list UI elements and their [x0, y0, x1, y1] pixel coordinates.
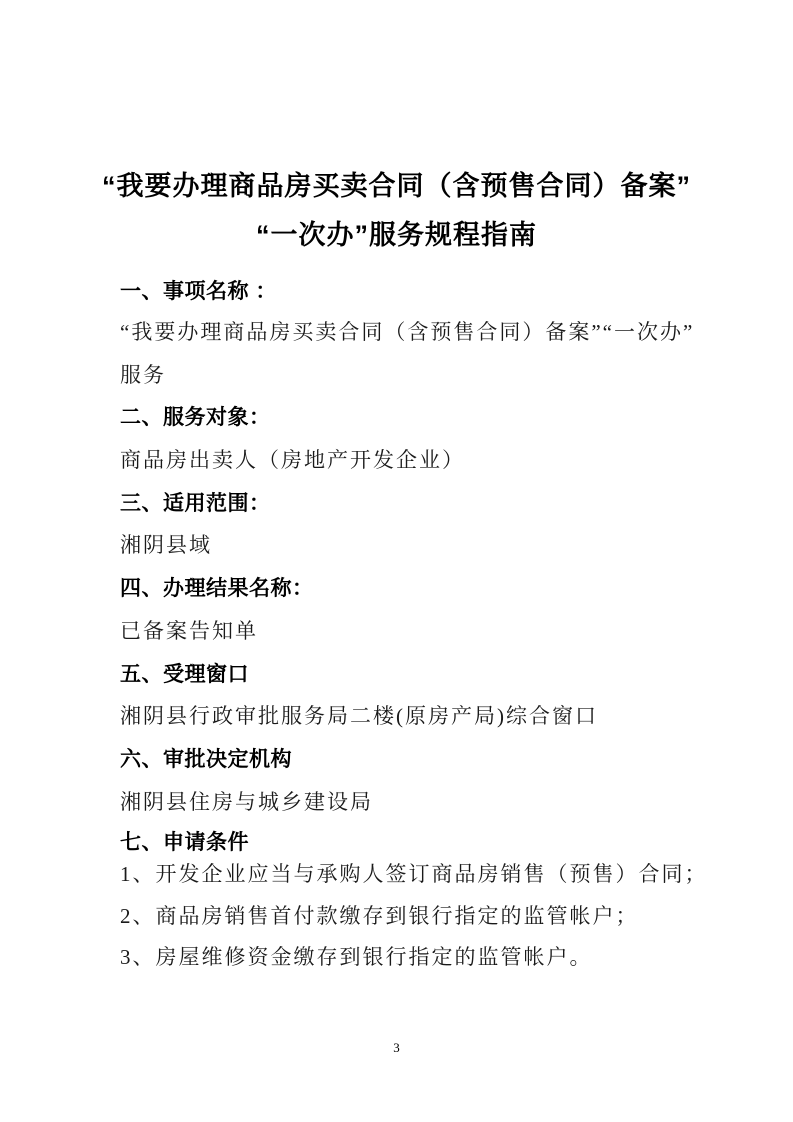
section-7-condition-3: 3、房屋维修资金缴存到银行指定的监管帐户。 [120, 941, 593, 971]
section-4-body-line-1: 已备案告知单 [120, 615, 258, 645]
section-2-heading: 二、服务对象： [120, 401, 271, 431]
doc-title-line-1: “我要办理商品房买卖合同（含预售合同）备案” [0, 164, 793, 203]
section-5-heading: 五、受理窗口 [120, 658, 249, 688]
section-4-heading: 四、办理结果名称： [120, 572, 314, 602]
section-7-condition-2: 2、商品房销售首付款缴存到银行指定的监管帐户； [120, 900, 639, 930]
section-7-heading: 七、申请条件 [120, 826, 249, 856]
section-1-body-line-2: 服务 [120, 359, 166, 389]
section-1-body-line-1: “我要办理商品房买卖合同（含预售合同）备案”“一次办” [120, 316, 694, 346]
section-7-condition-1: 1、开发企业应当与承购人签订商品房销售（预售）合同； [120, 858, 708, 888]
section-6-heading: 六、审批决定机构 [120, 743, 292, 773]
section-1-heading: 一、事项名称 ： [120, 275, 277, 305]
section-2-body-line-1: 商品房出卖人（房地产开发企业） [120, 444, 465, 474]
section-3-heading: 三、适用范围： [120, 487, 271, 517]
section-3-body-line-1: 湘阴县域 [120, 529, 212, 559]
document-page: “我要办理商品房买卖合同（含预售合同）备案” “一次办”服务规程指南 一、事项名… [0, 0, 793, 1122]
section-6-body-line-1: 湘阴县住房与城乡建设局 [120, 786, 373, 816]
doc-title-line-2: “一次办”服务规程指南 [0, 213, 793, 252]
page-number: 3 [0, 1040, 793, 1056]
section-5-body-line-1: 湘阴县行政审批服务局二楼(原房产局)综合窗口 [120, 700, 598, 730]
